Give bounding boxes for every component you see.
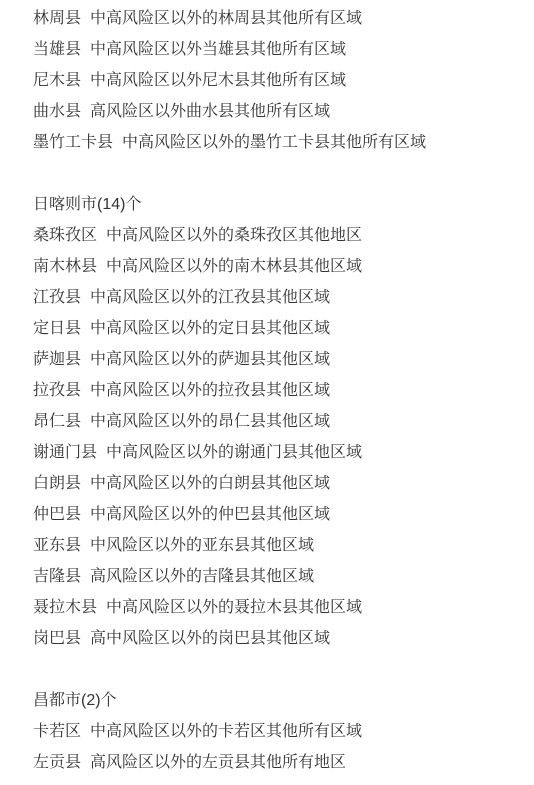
- risk-area-row: 岗巴县高中风险区以外的岗巴县其他区域: [33, 623, 518, 654]
- risk-area-row: 吉隆县高风险区以外的吉隆县其他区域: [33, 561, 518, 592]
- risk-area-row: 尼木县中高风险区以外尼木县其他所有区域: [33, 65, 518, 96]
- area-description: 中高风险区以外的谢通门县其他区域: [106, 444, 362, 461]
- county-name: 萨迦县: [33, 351, 81, 368]
- risk-area-row: 萨迦县中高风险区以外的萨迦县其他区域: [33, 344, 518, 375]
- county-name: 南木林县: [33, 258, 97, 275]
- county-name: 白朗县: [33, 475, 81, 492]
- area-description: 中高风险区以外的江孜县其他区域: [90, 289, 330, 306]
- county-name: 卡若区: [33, 723, 81, 740]
- area-description: 高中风险区以外的岗巴县其他区域: [90, 630, 330, 647]
- area-description: 中高风险区以外的聂拉木县其他区域: [106, 599, 362, 616]
- risk-area-row: 当雄县中高风险区以外当雄县其他所有区域: [33, 34, 518, 65]
- risk-area-row: 桑珠孜区中高风险区以外的桑珠孜区其他地区: [33, 220, 518, 251]
- risk-area-row: 拉孜县中高风险区以外的拉孜县其他区域: [33, 375, 518, 406]
- risk-area-row: 曲水县高风险区以外曲水县其他所有区域: [33, 96, 518, 127]
- risk-area-row: 定日县中高风险区以外的定日县其他区域: [33, 313, 518, 344]
- county-name: 亚东县: [33, 537, 81, 554]
- county-name: 谢通门县: [33, 444, 97, 461]
- risk-area-row: 亚东县中风险区以外的亚东县其他区域: [33, 530, 518, 561]
- area-description: 中高风险区以外的昂仁县其他区域: [90, 413, 330, 430]
- risk-area-row: 林周县中高风险区以外的林周县其他所有区域: [33, 3, 518, 34]
- area-description: 中高风险区以外的拉孜县其他区域: [90, 382, 330, 399]
- area-description: 中风险区以外的亚东县其他区域: [90, 537, 314, 554]
- risk-area-row: 昂仁县中高风险区以外的昂仁县其他区域: [33, 406, 518, 437]
- risk-area-section: 林周县中高风险区以外的林周县其他所有区域当雄县中高风险区以外当雄县其他所有区域尼…: [33, 3, 518, 158]
- document-body: 林周县中高风险区以外的林周县其他所有区域当雄县中高风险区以外当雄县其他所有区域尼…: [0, 0, 534, 778]
- section-header: 昌都市(2)个: [33, 685, 518, 716]
- county-name: 昂仁县: [33, 413, 81, 430]
- risk-area-row: 聂拉木县中高风险区以外的聂拉木县其他区域: [33, 592, 518, 623]
- area-description: 中高风险区以外的定日县其他区域: [90, 320, 330, 337]
- area-description: 中高风险区以外的仲巴县其他区域: [90, 506, 330, 523]
- county-name: 当雄县: [33, 41, 81, 58]
- risk-area-row: 墨竹工卡县中高风险区以外的墨竹工卡县其他所有区域: [33, 127, 518, 158]
- area-description: 中高风险区以外的萨迦县其他区域: [90, 351, 330, 368]
- county-name: 定日县: [33, 320, 81, 337]
- area-description: 高风险区以外曲水县其他所有区域: [90, 103, 330, 120]
- county-name: 林周县: [33, 10, 81, 27]
- county-name: 江孜县: [33, 289, 81, 306]
- county-name: 左贡县: [33, 754, 81, 771]
- section-header: 日喀则市(14)个: [33, 189, 518, 220]
- area-description: 中高风险区以外的林周县其他所有区域: [90, 10, 362, 27]
- county-name: 曲水县: [33, 103, 81, 120]
- risk-area-row: 白朗县中高风险区以外的白朗县其他区域: [33, 468, 518, 499]
- county-name: 墨竹工卡县: [33, 134, 113, 151]
- area-description: 中高风险区以外的墨竹工卡县其他所有区域: [122, 134, 426, 151]
- risk-area-row: 南木林县中高风险区以外的南木林县其他区域: [33, 251, 518, 282]
- county-name: 尼木县: [33, 72, 81, 89]
- county-name: 仲巴县: [33, 506, 81, 523]
- county-name: 拉孜县: [33, 382, 81, 399]
- risk-area-row: 卡若区中高风险区以外的卡若区其他所有区域: [33, 716, 518, 747]
- county-name: 桑珠孜区: [33, 227, 97, 244]
- area-description: 中高风险区以外当雄县其他所有区域: [90, 41, 346, 58]
- risk-area-row: 谢通门县中高风险区以外的谢通门县其他区域: [33, 437, 518, 468]
- county-name: 吉隆县: [33, 568, 81, 585]
- area-description: 中高风险区以外的白朗县其他区域: [90, 475, 330, 492]
- county-name: 聂拉木县: [33, 599, 97, 616]
- risk-area-row: 左贡县高风险区以外的左贡县其他所有地区: [33, 747, 518, 778]
- area-description: 中高风险区以外的卡若区其他所有区域: [90, 723, 362, 740]
- area-description: 中高风险区以外的桑珠孜区其他地区: [106, 227, 362, 244]
- area-description: 中高风险区以外的南木林县其他区域: [106, 258, 362, 275]
- area-description: 高风险区以外的左贡县其他所有地区: [90, 754, 346, 771]
- risk-area-section: 日喀则市(14)个桑珠孜区中高风险区以外的桑珠孜区其他地区南木林县中高风险区以外…: [33, 189, 518, 654]
- risk-area-row: 江孜县中高风险区以外的江孜县其他区域: [33, 282, 518, 313]
- risk-area-section: 昌都市(2)个卡若区中高风险区以外的卡若区其他所有区域左贡县高风险区以外的左贡县…: [33, 685, 518, 778]
- area-description: 中高风险区以外尼木县其他所有区域: [90, 72, 346, 89]
- risk-area-row: 仲巴县中高风险区以外的仲巴县其他区域: [33, 499, 518, 530]
- area-description: 高风险区以外的吉隆县其他区域: [90, 568, 314, 585]
- county-name: 岗巴县: [33, 630, 81, 647]
